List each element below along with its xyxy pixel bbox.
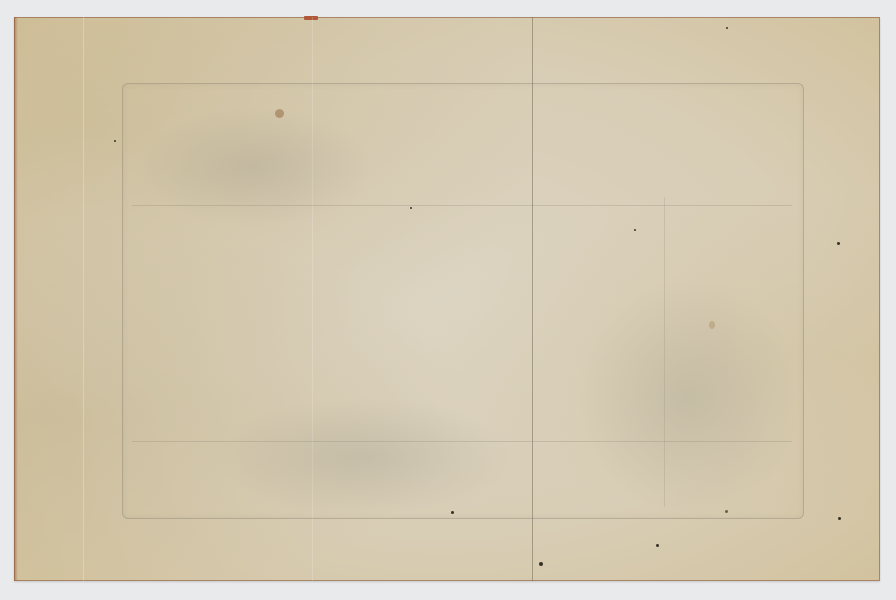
paper-sheet xyxy=(14,17,880,581)
foxing-spot xyxy=(656,544,659,547)
foxing-spot xyxy=(838,517,841,520)
foxing-spot xyxy=(709,321,715,329)
stained-left-edge xyxy=(14,17,18,581)
foxing-spot xyxy=(410,207,412,209)
edge-stain xyxy=(304,16,318,20)
left-margin-crease xyxy=(83,17,84,581)
foxing-spot xyxy=(539,562,543,566)
show-through-shadow xyxy=(574,277,804,517)
foxing-spot xyxy=(275,109,284,118)
foxing-spot xyxy=(634,229,636,231)
foxing-spot xyxy=(114,140,116,142)
foxing-spot xyxy=(725,510,728,513)
foxing-spot xyxy=(837,242,840,245)
foxing-spot xyxy=(451,511,454,514)
show-through-shadow xyxy=(214,397,514,517)
foxing-spot xyxy=(726,27,728,29)
show-through-shadow xyxy=(134,107,374,227)
